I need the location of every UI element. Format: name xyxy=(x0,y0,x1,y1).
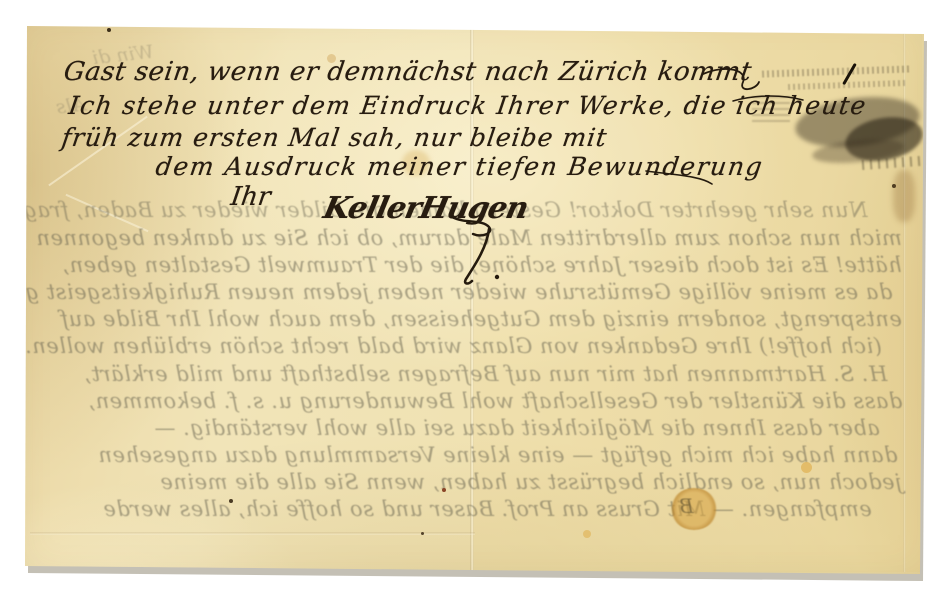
letter-paper: Win di Als Nun sehr geehrter Doktor! Ges… xyxy=(0,0,950,595)
handwriting-line-2: Ich stehe unter dem Eindruck Ihrer Werke… xyxy=(67,91,869,120)
bleedthrough-line: jedoch nun, so endlich begrüsst zu haben… xyxy=(160,470,902,494)
bleedthrough-line: aber dass Ihnen die Möglichkeit dazu sei… xyxy=(154,416,880,440)
dark-speck xyxy=(229,499,233,503)
bleedthrough-line: (ich hoffe!) Ihre Gedanken von Glanz wir… xyxy=(0,334,882,358)
bleedthrough-line: hätte! Es ist doch dieser Jahre schöne, … xyxy=(62,253,902,277)
bleedthrough-line: empfangen. — Mit Gruss an Prof. Baser un… xyxy=(103,497,872,521)
bleedthrough-line: dass die Künstler der Gesellschaft wohl … xyxy=(88,389,902,413)
bleedthrough-line: mich nun schon zum allerdritten Male dar… xyxy=(36,226,902,250)
horizontal-fold-crease xyxy=(30,532,475,535)
bleedthrough-line: da es meine völlige Gemütsruhe wieder ne… xyxy=(0,280,892,304)
dark-speck xyxy=(892,184,896,188)
handwriting-line-1: Gast sein, wenn er demnächst nach Zürich… xyxy=(62,57,754,87)
dark-speck xyxy=(107,28,111,32)
scanned-letter: Win di Als Nun sehr geehrter Doktor! Ges… xyxy=(0,0,950,595)
handwriting-line-3: früh zum ersten Mal sah, nur bleibe mit xyxy=(60,123,609,152)
signature: KellerHugen xyxy=(320,191,531,226)
bleedthrough-line: H. S. Hartmannen hat mir nun auf Befrage… xyxy=(84,362,887,386)
bleedthrough-line: dann habe ich mich gefügt — eine kleine … xyxy=(98,443,897,467)
closing-word: Ihr xyxy=(229,182,273,212)
dark-speck xyxy=(421,532,424,535)
dark-speck xyxy=(442,488,446,492)
bleedthrough-line: entsprengt, sondern einzig dem Gutgeheis… xyxy=(60,307,902,331)
handwriting-line-4: dem Ausdruck meiner tiefen Bewunderung xyxy=(154,152,765,181)
